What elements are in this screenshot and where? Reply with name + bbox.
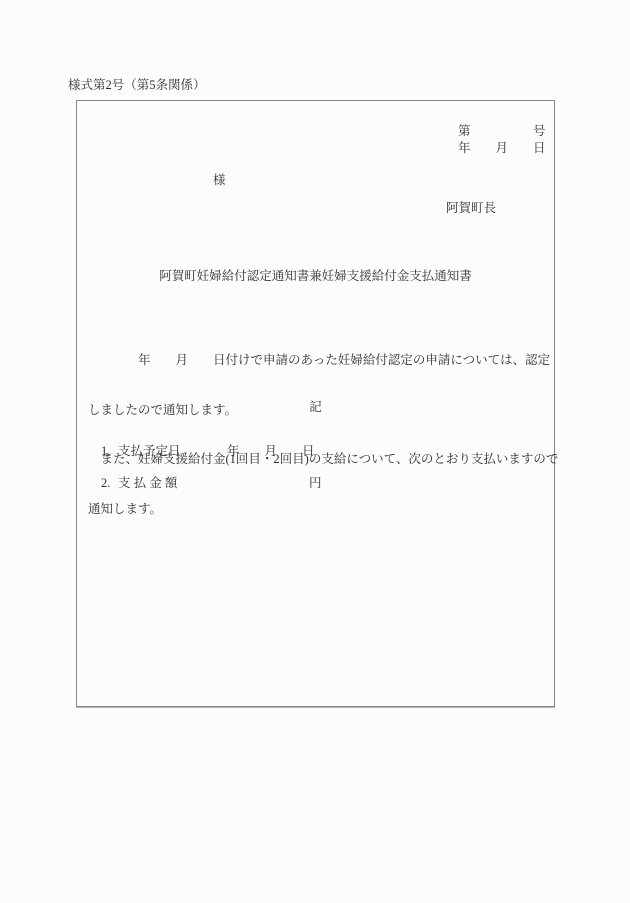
- item-2-number: 2.: [101, 475, 110, 491]
- record-marker: 記: [77, 399, 554, 415]
- payment-amount-item: 2. 支 払 金 額 円: [77, 475, 554, 491]
- document-page: 様式第2号（第5条関係） 第 号 年 月 日 様 阿賀町長 阿賀町妊婦給付認定通…: [0, 0, 630, 903]
- item-2-value: 円: [309, 475, 322, 491]
- payment-date-item: 1. 支払予定日 年 月 日: [77, 443, 554, 459]
- body-paragraphs: 年 月 日付けで申請のあった妊婦給付認定の申請については、認定 しましたので通知…: [88, 319, 558, 550]
- item-2-label: 支 払 金 額: [118, 475, 177, 491]
- document-number-line: 第 号: [458, 123, 546, 139]
- sender-title: 阿賀町長: [446, 200, 496, 216]
- form-style-label: 様式第2号（第5条関係）: [68, 77, 206, 93]
- body-line-4: 通知します。: [88, 501, 558, 518]
- item-1-label: 支払予定日: [118, 443, 181, 459]
- issue-date-line: 年 月 日: [458, 140, 546, 156]
- notice-frame: 第 号 年 月 日 様 阿賀町長 阿賀町妊婦給付認定通知書兼妊婦支援給付金支払通…: [76, 100, 555, 707]
- body-line-1: 年 月 日付けで申請のあった妊婦給付認定の申請については、認定: [88, 352, 558, 369]
- addressee-honorific: 様: [213, 172, 226, 188]
- item-1-value: 年 月 日: [227, 443, 315, 459]
- document-title: 阿賀町妊婦給付認定通知書兼妊婦支援給付金支払通知書: [77, 268, 554, 284]
- item-1-number: 1.: [101, 443, 110, 459]
